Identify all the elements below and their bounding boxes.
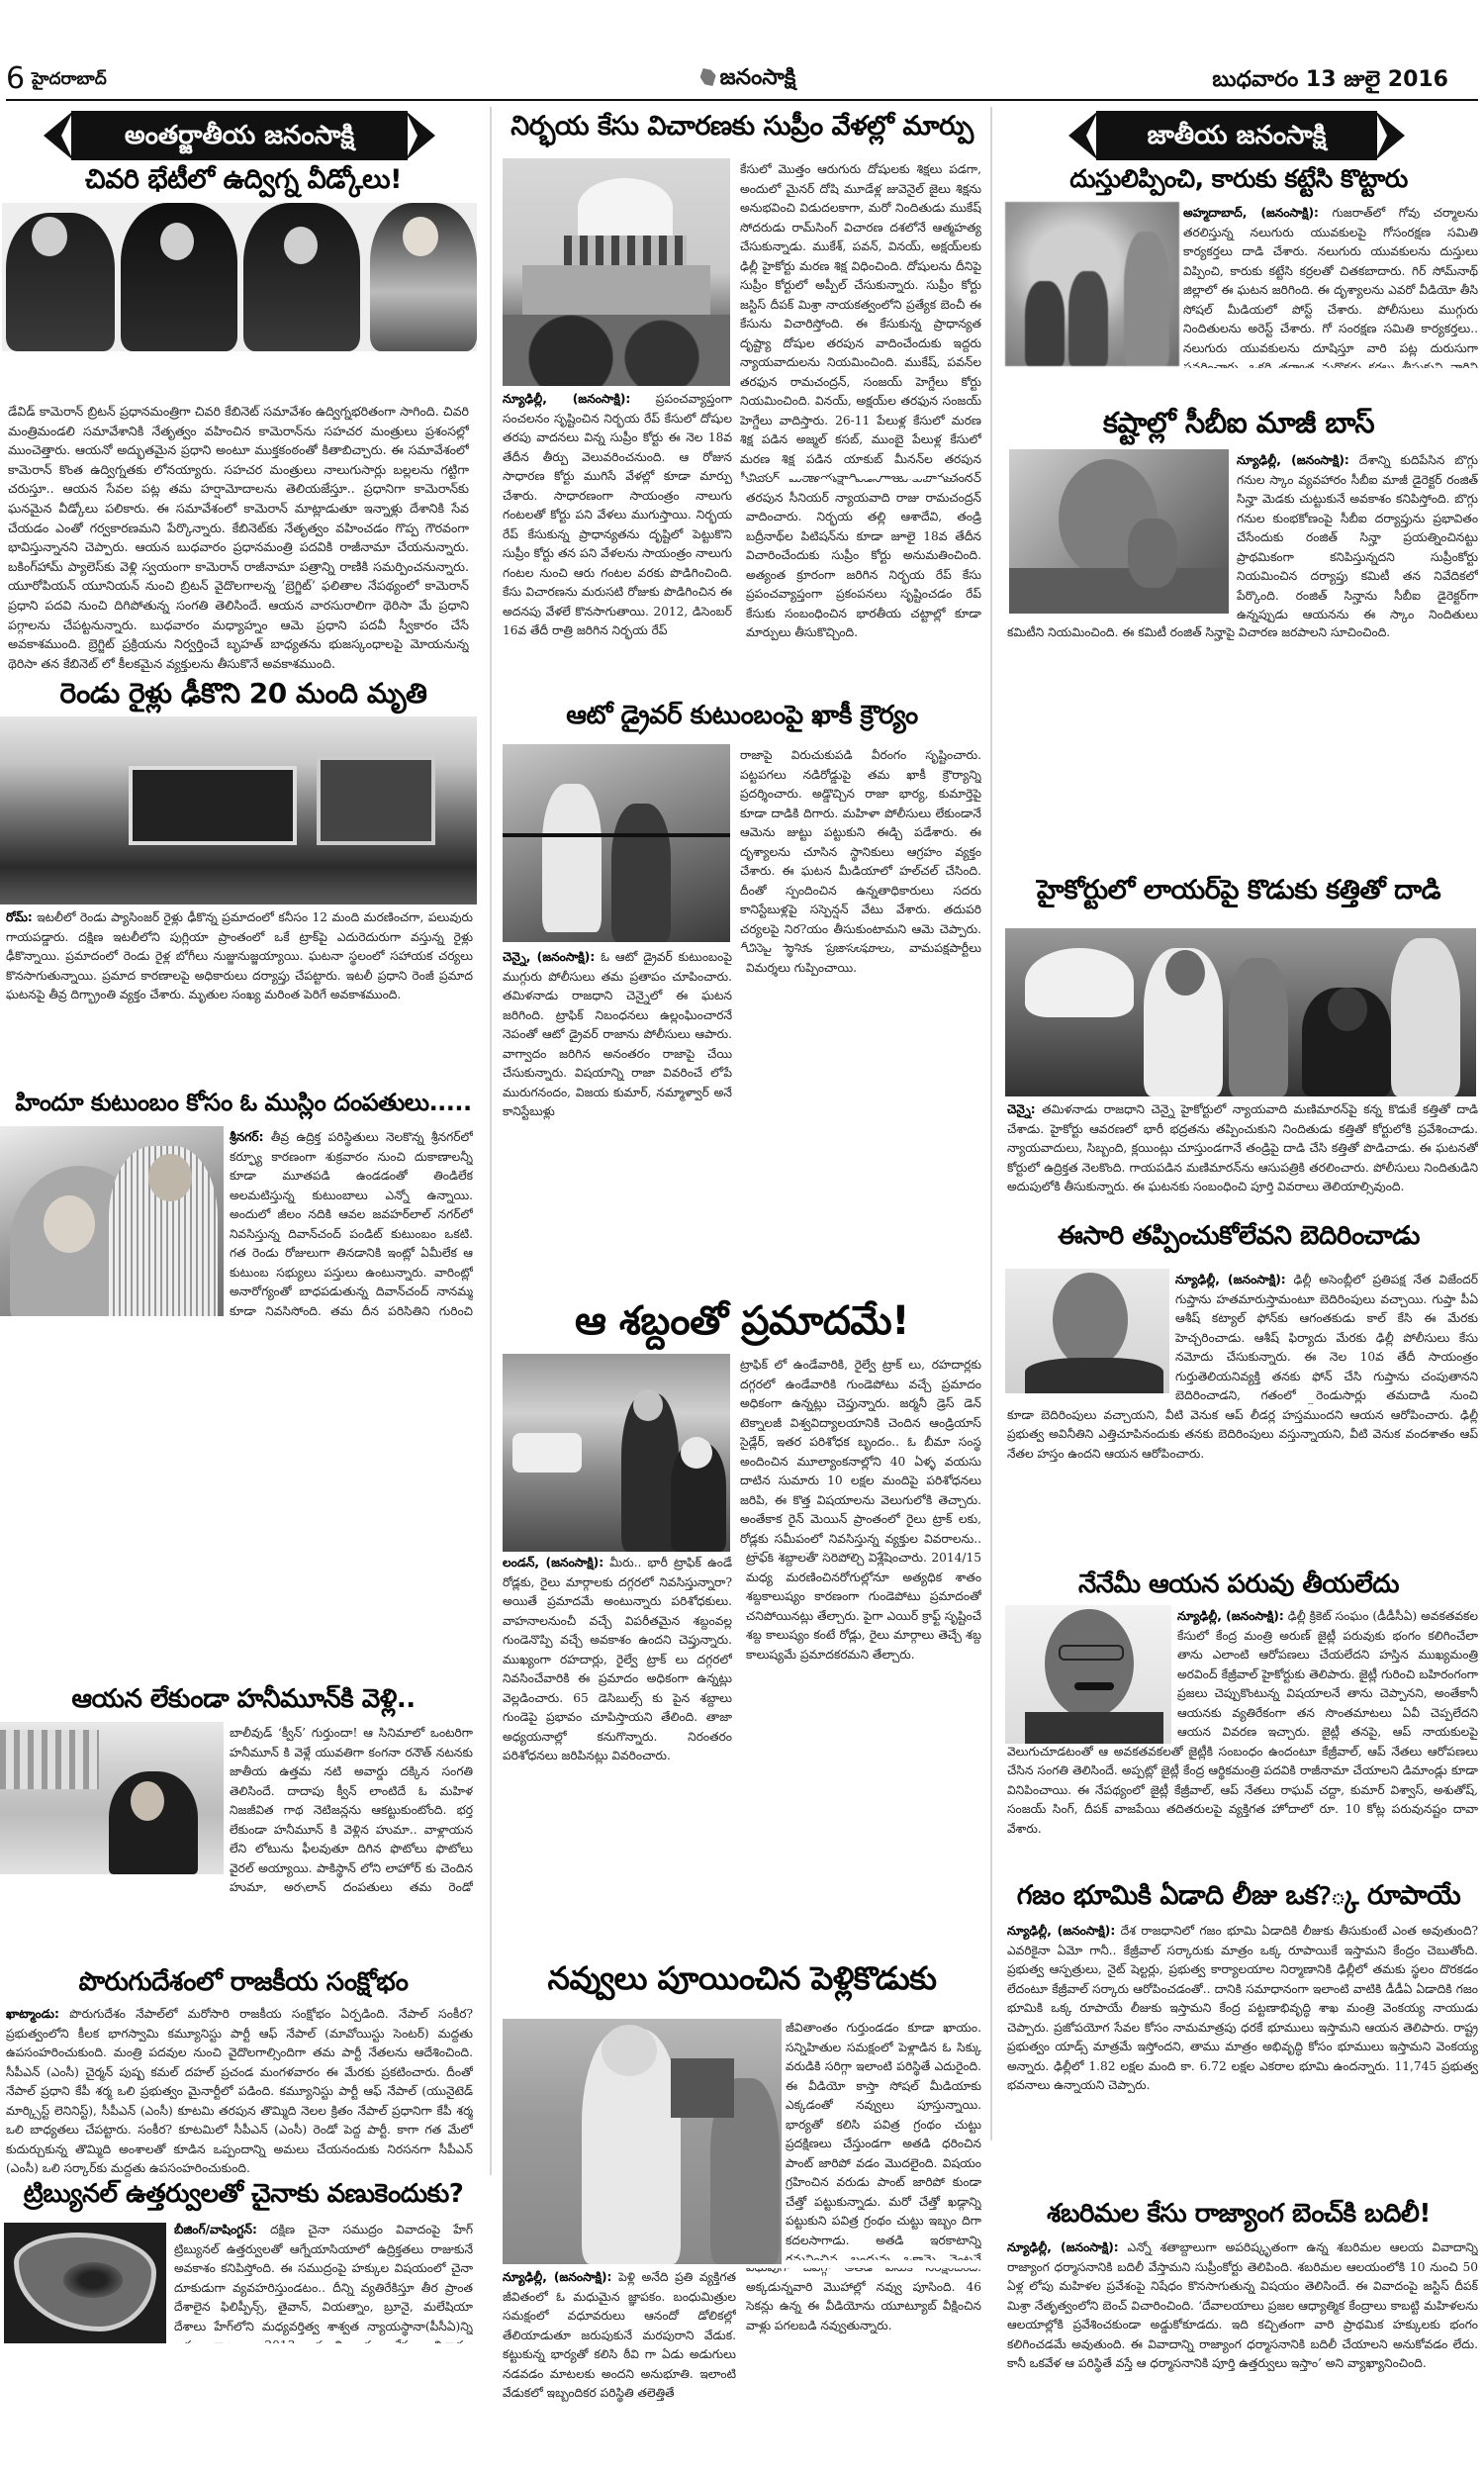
article-headline[interactable]: ట్రిబ్యునల్ ఉత్తర్వులతో చైనాకు వణుకెందుక… (0, 2179, 487, 2215)
article-body-side: రాజాపై విరుచుకుపడి వీరంగం సృష్టించారు. ప… (740, 746, 981, 948)
body-text: రాజాపై విరుచుకుపడి వీరంగం సృష్టించారు. ప… (746, 948, 981, 978)
kejriwal-portrait (1005, 1605, 1171, 1744)
article-headline[interactable]: దుస్తులిప్పించి, కారుకు కట్టేసి కొట్టారు (993, 164, 1484, 200)
article-body: న్యూఢిల్లీ, (జనంసాక్షి): ఎన్నో శతాబ్దాలు… (1007, 2238, 1478, 2393)
body-text: రాజాపై విరుచుకుపడి వీరంగం సృష్టించారు. ప… (740, 748, 981, 948)
article-headline[interactable]: ఈసారి తప్పించుకోలేవని బెదిరించాడు (993, 1221, 1484, 1257)
article-body-continued: ఢిల్లీ క్రికెట్ సంఘం (డీడీసీఏ) అవకతవకల క… (1007, 1744, 1478, 1878)
issue-date: బుధవారం 13 జులై 2016 (1212, 67, 1448, 97)
dateline: ఖాట్మాండు: (6, 2007, 59, 2021)
body-text: ట్రాఫిక్ లో ఉండేవారికి, రైల్వే ట్రాక్ లు… (740, 1358, 981, 1554)
body-text: ప్రపంచవ్యాప్తంగా సంచలనం సృష్టించిన నిర్భ… (503, 392, 732, 637)
article-body: న్యూఢిల్లీ, (జనంసాక్షి): ప్రపంచవ్యాప్తంగ… (503, 390, 732, 689)
sikh-wedding-video-still (503, 2019, 782, 2264)
article-body-continued: ట్రాఫిక్ లో ఉండేవారికి, రైల్వే ట్రాక్ లు… (746, 1554, 981, 1930)
dateline: న్యూఢిల్లీ, (జనంసాక్షి): (1175, 1273, 1286, 1286)
vijender-gupta-portrait (1005, 1269, 1169, 1393)
body-text: దక్షిణ చైనా సముద్రం వివాదంపై హేగ్ ట్రిబ్… (174, 2223, 473, 2343)
body-text: తమిళనాడు రాజధాని చెన్నై హైకోర్టులో న్యాయ… (1007, 1102, 1478, 1193)
article-headline[interactable]: నవ్వులు పూయించిన పెళ్లికొడుకు (495, 1959, 989, 2005)
train-crash-photo (0, 716, 477, 904)
article-body: ఖాట్మాండు: పొరుగుదేశం నేపాల్‌లో మరోసారి … (6, 2005, 473, 2179)
ranjit-sinha-portrait (1009, 449, 1229, 614)
article-body: న్యూఢిల్లీ, (జనంసాక్షి): దేశ రాజధానిలో గ… (1007, 1922, 1478, 2211)
article-body-continued: తీవ్ర ఉద్రిక్త పరిస్థితులు నెలకొన్న శ్రీ… (6, 1318, 473, 1682)
article-body: చెన్నై, (జనంసాక్షి): ఓ ఆటో డ్రైవర్ కుటుం… (503, 948, 732, 1180)
article-body: లండన్, (జనంసాక్షి): మీరు.. భారీ ట్రాఫిక్… (503, 1554, 732, 1930)
cameron-cabinet-photos (2, 203, 477, 351)
article-body-continued: జీవితాంతం గుర్తుండడం కూడా ఖాయం. సన్నిహిత… (746, 2268, 981, 2387)
masthead: 6 హైదరాబాద్ జనంసాక్షి బుధవారం 13 జులై 20… (6, 61, 1478, 101)
article-body-continued: గుజరాత్‌లో గోవు చర్మాలను తరలిస్తున్న నలు… (1007, 368, 1478, 408)
article-headline[interactable]: హిందూ కుటుంబం కోసం ఓ ముస్లిం దంపతులు....… (0, 1089, 487, 1122)
body-text: జీవితాంతం గుర్తుండడం కూడా ఖాయం. సన్నిహిత… (786, 2021, 981, 2260)
article-headline[interactable]: గజం భూమికి ఏడాది లీజు ఒక?్క రూపాయే (993, 1880, 1484, 1918)
cow-vigilante-blurred-photo (1005, 202, 1179, 366)
dateline: చెన్నై: (1007, 1102, 1036, 1116)
article-body: బీజింగ్/వాషింగ్టన్: దక్షిణ చైనా సముద్రం … (174, 2221, 473, 2343)
body-text: ఎన్నో శతాబ్దాలుగా అపరిష్కృతంగా ఉన్న శబరి… (1007, 2240, 1478, 2370)
article-body-side: ట్రాఫిక్ లో ఉండేవారికి, రైల్వే ట్రాక్ లు… (740, 1356, 981, 1554)
article-headline[interactable]: ఆటో డ్రైవర్ కుటుంబంపై ఖాకీ క్రౌర్యం (495, 701, 989, 736)
supreme-court-building-photo (503, 158, 730, 386)
brand-name: జనంసాక్షి (720, 65, 796, 90)
dateline: రోమ్: (6, 910, 33, 924)
dateline: న్యూఢిల్లీ, (జనంసాక్షి): (1177, 1609, 1284, 1623)
column-divider (990, 107, 992, 2141)
dateline: న్యూఢిల్లీ, (జనంసాక్షి): (1007, 2240, 1119, 2254)
body-text: గుజరాత్‌లో గోవు చర్మాలను తరలిస్తున్న నలు… (1183, 206, 1478, 368)
body-text: తీవ్ర ఉద్రిక్త పరిస్థితులు నెలకొన్న శ్రీ… (230, 1130, 473, 1316)
article-headline[interactable]: కష్టాల్లో సీబీఐ మాజీ బాస్ (993, 406, 1484, 447)
article-body-continued: రాజాపై విరుచుకుపడి వీరంగం సృష్టించారు. ప… (746, 948, 981, 1180)
dateline: అహ్మదాబాద్, (జనంసాక్షి): (1183, 206, 1319, 220)
article-headline[interactable]: ఆ శబ్దంతో ప్రమాదమే! (495, 1298, 989, 1354)
article-headline[interactable]: నిర్భయ కేసు విచారణకు సుప్రీం వేళల్లో మార… (495, 111, 989, 148)
chennai-high-court-photo (1005, 928, 1476, 1096)
section-banner-international: అంతర్జాతీయ జనంసాక్షి (71, 111, 408, 160)
body-text: ఢిల్లీ క్రికెట్ సంఘం (డీడీసీఏ) అవకతవకల క… (1007, 1744, 1478, 1839)
article-body: రోమ్: ఇటలీలో రెండు ప్యాసింజర్ రైళ్లు ఢీక… (6, 908, 473, 1085)
muslim-couple-photo (0, 1126, 224, 1316)
article-body-side: అహ్మదాబాద్, (జనంసాక్షి): గుజరాత్‌లో గోవు… (1183, 204, 1478, 368)
body-text: జీవితాంతం గుర్తుండడం కూడా ఖాయం. సన్నిహిత… (746, 2268, 981, 2335)
body-text: ఢిల్లీ క్రికెట్ సంఘం (డీడీసీఏ) అవకతవకల క… (1177, 1609, 1478, 1744)
body-text: ఓ ఆటో డ్రైవర్ కుటుంబంపై ముగ్గురు పోలీసుల… (503, 950, 732, 1118)
body-text: కేసులో మొత్తం ఆరుగురు దోషులకు శిక్షలు పడ… (746, 479, 981, 643)
body-text: బాలీవుడ్ ‘క్వీన్’ గుర్తుందా! ఆ సినిమాలో … (230, 1726, 473, 1892)
newspaper-brand: జనంసాక్షి (501, 65, 995, 95)
article-body-continued: ఢిల్లీ అసెంబ్లీలో ప్రతిపక్ష నేత విజేందర్… (1007, 1403, 1478, 1577)
article-headline[interactable]: పొరుగుదేశంలో రాజకీయ సంక్షోభం (0, 1967, 487, 2003)
body-text: కేసులో మొత్తం ఆరుగురు దోషులకు శిక్షలు పడ… (740, 162, 981, 479)
section-banner-national: జాతీయ జనంసాక్షి (1096, 111, 1377, 160)
dateline: బీజింగ్/వాషింగ్టన్: (174, 2223, 257, 2236)
article-body: న్యూఢిల్లీ, (జనంసాక్షి): పెళ్లి అనేది ప్… (503, 2268, 736, 2403)
dateline: న్యూఢిల్లీ, (జనంసాక్షి): (1237, 453, 1349, 467)
article-body-side: కేసులో మొత్తం ఆరుగురు దోషులకు శిక్షలు పడ… (740, 160, 981, 479)
column-divider (490, 107, 492, 2175)
body-text: ఢిల్లీ అసెంబ్లీలో ప్రతిపక్ష నేత విజేందర్… (1007, 1403, 1478, 1464)
article-headline[interactable]: ఆయన లేకుండా హనీమూన్‌కి వెళ్లి.. (0, 1684, 487, 1720)
body-text: ఇటలీలో రెండు ప్యాసింజర్ రైళ్లు ఢీకొన్న ప… (6, 910, 473, 1001)
police-auto-driver-photo (503, 744, 730, 942)
dateline: లండన్, (జనంసాక్షి): (503, 1556, 603, 1570)
article-body-continued: దక్షిణ చైనా సముద్రం వివాదంపై హేగ్ ట్రిబ్… (6, 2345, 473, 2387)
body-text: మీరు.. భారీ ట్రాఫిక్ ఉండే రోడ్లకు, రైలు … (503, 1556, 732, 1762)
article-headline[interactable]: రెండు రైళ్లు ఢీకొని 20 మంది మృతి (0, 677, 487, 716)
london-traffic-couple-photo (503, 1354, 730, 1552)
article-body-side: న్యూఢిల్లీ, (జనంసాక్షి): దేశాన్ని కుదిపే… (1237, 451, 1478, 623)
body-text: దేశాన్ని కుదిపేసిన బొగ్గు గనుల స్కాం వ్య… (1237, 453, 1478, 623)
honeymoon-greece-photo (0, 1722, 224, 1874)
body-text: ఢిల్లీ అసెంబ్లీలో ప్రతిపక్ష నేత విజేందర్… (1175, 1273, 1478, 1403)
article-body-side: శ్రీనగర్: తీవ్ర ఉద్రిక్త పరిస్థితులు నెల… (230, 1128, 473, 1316)
south-china-sea-island-photo (4, 2223, 166, 2343)
dateline: శ్రీనగర్: (230, 1130, 263, 1144)
body-text: దక్షిణ చైనా సముద్రం వివాదంపై హేగ్ ట్రిబ్… (6, 2345, 473, 2346)
page-number: 6 (6, 61, 25, 96)
article-headline[interactable]: చివరి భేటీలో ఉద్విగ్న వీడ్కోలు! (0, 164, 487, 202)
article-body-side: జీవితాంతం గుర్తుండడం కూడా ఖాయం. సన్నిహిత… (786, 2019, 981, 2260)
article-headline[interactable]: హైకోర్టులో లాయర్‌పై కొడుకు కత్తితో దాడి (993, 875, 1484, 912)
body-text: ట్రాఫిక్ లో ఉండేవారికి, రైల్వే ట్రాక్ లు… (746, 1554, 981, 1665)
article-body: డేవిడ్ కామెరాన్ బ్రిటన్ ప్రధానమంత్రిగా చ… (8, 402, 469, 691)
article-body-side: న్యూఢిల్లీ, (జనంసాక్షి): ఢిల్లీ క్రికెట్… (1177, 1607, 1478, 1744)
dateline: చెన్నై, (జనంసాక్షి): (503, 950, 595, 964)
article-headline[interactable]: నేనేమీ ఆయన పరువు తీయలేదు (993, 1570, 1484, 1605)
body-text: పెళ్లి అనేది ప్రతి వ్యక్తిగత జీవితంలో ఓ … (503, 2270, 736, 2400)
article-body: బాలీవుడ్ ‘క్వీన్’ గుర్తుందా! ఆ సినిమాలో … (230, 1724, 473, 1892)
dateline: న్యూఢిల్లీ, (జనంసాక్షి): (1007, 1924, 1115, 1938)
article-headline[interactable]: శబరిమల కేసు రాజ్యాంగ బెంచ్‌కి బదిలీ! (993, 2199, 1484, 2235)
dateline: న్యూఢిల్లీ, (జనంసాక్షి): (503, 392, 630, 406)
telangana-map-logo-icon (700, 68, 716, 86)
body-text: దేశ రాజధానిలో గజం భూమి ఏడాదికి లీజుకు తీ… (1007, 1924, 1478, 2092)
article-body-side: న్యూఢిల్లీ, (జనంసాక్షి): ఢిల్లీ అసెంబ్లీ… (1175, 1271, 1478, 1403)
edition-city: హైదరాబాద్ (32, 69, 107, 93)
article-body-continued: కేసులో మొత్తం ఆరుగురు దోషులకు శిక్షలు పడ… (746, 479, 981, 689)
article-body-continued: దేశాన్ని కుదిపేసిన బొగ్గు గనుల స్కాం వ్య… (1007, 621, 1478, 877)
dateline: న్యూఢిల్లీ, (జనంసాక్షి): (503, 2270, 611, 2284)
body-text: దేశాన్ని కుదిపేసిన బొగ్గు గనుల స్కాం వ్య… (1007, 621, 1478, 642)
body-text: పొరుగుదేశం నేపాల్‌లో మరోసారి రాజకీయ సంక్… (6, 2007, 473, 2175)
